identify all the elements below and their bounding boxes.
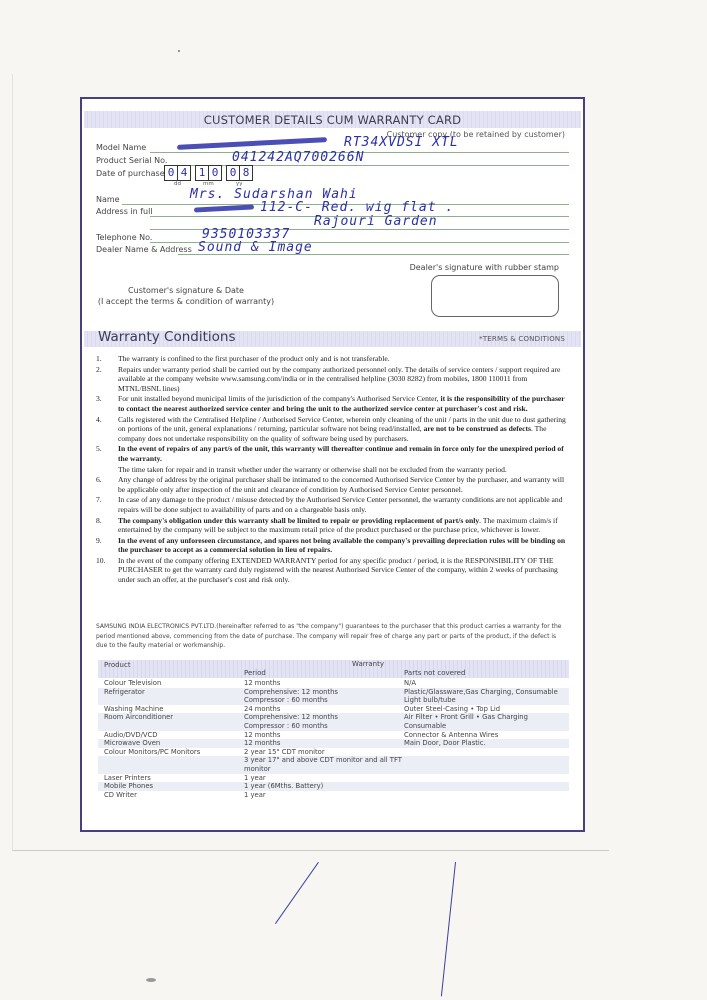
parts-cell <box>404 782 569 791</box>
period-cell: 1 year (6Mths. Battery) <box>244 782 404 791</box>
table-row: Colour Monitors/PC Monitors2 year 15" CD… <box>98 748 569 757</box>
date-digit: 4 <box>177 165 191 181</box>
pen-stroke <box>441 862 456 996</box>
condition-item: The time taken for repair and in transit… <box>96 465 571 475</box>
strikeout-scribble <box>177 137 327 150</box>
product-cell: Mobile Phones <box>98 782 244 791</box>
product-cell: Room Airconditioner <box>98 713 244 730</box>
table-row: Audio/DVD/VCD12 monthsConnector & Antenn… <box>98 731 569 740</box>
telephone-label: Telephone No. <box>96 233 152 242</box>
period-cell: 12 months <box>244 731 404 740</box>
guarantee-text: SAMSUNG INDIA ELECTRONICS PVT.LTD.(herei… <box>96 622 569 651</box>
table-row: CD Writer1 year <box>98 791 569 800</box>
product-cell: Audio/DVD/VCD <box>98 731 244 740</box>
parts-cell <box>404 748 569 757</box>
period-cell: 1 year <box>244 791 404 800</box>
product-cell: Refrigerator <box>98 688 244 705</box>
date-dd-box[interactable]: 04 <box>164 165 191 181</box>
dealer-label: Dealer Name & Address <box>96 245 192 254</box>
dealer-signature-label: Dealer's signature with rubber stamp <box>410 263 559 272</box>
card-title: CUSTOMER DETAILS CUM WARRANTY CARD <box>82 113 583 127</box>
parts-cell: Air Filter • Front Grill • Gas ChargingC… <box>404 713 569 730</box>
warranty-table: Colour Television12 monthsN/ARefrigerato… <box>98 679 569 799</box>
pen-stroke <box>275 862 319 924</box>
period-cell: 2 year 15" CDT monitor <box>244 748 404 757</box>
condition-item: 6.Any change of address by the original … <box>96 475 571 494</box>
table-row: Room AirconditionerComprehensive: 12 mon… <box>98 713 569 730</box>
condition-emphasis: In the event of any unforeseen circumsta… <box>118 536 565 555</box>
condition-item: 3.For unit installed beyond municipal li… <box>96 394 571 413</box>
address-strikeout <box>194 204 254 212</box>
table-row: Colour Television12 monthsN/A <box>98 679 569 688</box>
address-line2-value[interactable]: Rajouri Garden <box>314 214 438 229</box>
parts-cell: N/A <box>404 679 569 688</box>
condition-item: 4.Calls registered with the Centralised … <box>96 415 571 444</box>
address-label: Address in full <box>96 207 153 216</box>
table-row: Mobile Phones1 year (6Mths. Battery) <box>98 782 569 791</box>
conditions-list: 1.The warranty is confined to the first … <box>96 354 571 586</box>
condition-number: 6. <box>96 475 102 485</box>
date-digit: 8 <box>239 165 253 181</box>
product-cell: Colour Monitors/PC Monitors <box>98 748 244 757</box>
period-cell: 12 months <box>244 739 404 748</box>
condition-number: 5. <box>96 444 102 454</box>
header-warranty: Warranty <box>352 660 384 668</box>
customer-accept-note: (I accept the terms & condition of warra… <box>96 296 276 307</box>
period-cell: 12 months <box>244 679 404 688</box>
parts-cell: Outer Steel-Casing • Top Lid <box>404 705 569 714</box>
condition-emphasis: The company's obligation under this warr… <box>118 516 479 525</box>
scan-speck <box>178 50 180 52</box>
product-cell: Laser Printers <box>98 774 244 783</box>
scan-speck <box>146 978 156 982</box>
serial-label: Product Serial No. <box>96 156 167 165</box>
product-cell <box>98 756 244 773</box>
condition-number: 7. <box>96 495 102 505</box>
period-cell: 3 year 17" and above CDT monitor and all… <box>244 756 404 773</box>
customer-signature-label: Customer's signature & Date <box>96 285 276 296</box>
period-cell: 1 year <box>244 774 404 783</box>
date-yy-box[interactable]: 08 <box>226 165 253 181</box>
parts-cell <box>404 756 569 773</box>
parts-cell: Main Door, Door Plastic. <box>404 739 569 748</box>
condition-item: 5.In the event of repairs of any part/s … <box>96 444 571 463</box>
product-cell: Colour Television <box>98 679 244 688</box>
dealer-value[interactable]: Sound & Image <box>198 240 313 255</box>
header-product: Product <box>104 661 131 669</box>
condition-item: 8.The company's obligation under this wa… <box>96 516 571 535</box>
condition-emphasis: it is the responsibility of the purchase… <box>118 394 565 413</box>
parts-cell: Connector & Antenna Wires <box>404 731 569 740</box>
date-digit: 1 <box>195 165 208 181</box>
condition-item: 10.In the event of the company offering … <box>96 556 571 585</box>
condition-item: 2.Repairs under warranty period shall be… <box>96 365 571 394</box>
product-cell: Microwave Oven <box>98 739 244 748</box>
serial-value[interactable]: 041242AQ700266N <box>232 150 364 165</box>
parts-cell <box>404 774 569 783</box>
period-cell: Comprehensive: 12 monthsCompressor : 60 … <box>244 713 404 730</box>
table-row: Microwave Oven12 monthsMain Door, Door P… <box>98 739 569 748</box>
condition-number: 2. <box>96 365 102 375</box>
table-header: Product Warranty Period Parts not covere… <box>98 660 569 678</box>
warranty-heading: Warranty Conditions <box>98 329 235 345</box>
parts-cell: Plastic/Glassware,Gas Charging, Consumab… <box>404 688 569 705</box>
period-cell: 24 months <box>244 705 404 714</box>
warranty-card: CUSTOMER DETAILS CUM WARRANTY CARD Custo… <box>80 97 585 832</box>
dealer-stamp-box[interactable] <box>431 275 559 317</box>
customer-signature-block[interactable]: Customer's signature & Date (I accept th… <box>96 285 276 307</box>
product-cell: CD Writer <box>98 791 244 800</box>
condition-number: 1. <box>96 354 102 364</box>
condition-item: 7.In case of any damage to the product /… <box>96 495 571 514</box>
condition-number: 9. <box>96 536 102 546</box>
condition-number: 3. <box>96 394 102 404</box>
parts-cell <box>404 791 569 800</box>
condition-item: 9.In the event of any unforeseen circums… <box>96 536 571 555</box>
header-period: Period <box>244 669 266 677</box>
model-name-label: Model Name <box>96 143 146 152</box>
date-mm-box[interactable]: 10 <box>195 165 222 181</box>
condition-emphasis: In the event of repairs of any part/s of… <box>118 444 564 463</box>
product-cell: Washing Machine <box>98 705 244 714</box>
model-name-value[interactable]: RT34XVDSI XTL <box>344 135 459 150</box>
terms-note: *TERMS & CONDITIONS <box>479 335 565 343</box>
table-row: RefrigeratorComprehensive: 12 monthsComp… <box>98 688 569 705</box>
header-parts: Parts not covered <box>404 669 465 677</box>
date-digit: 0 <box>208 165 222 181</box>
condition-number: 4. <box>96 415 102 425</box>
table-row: 3 year 17" and above CDT monitor and all… <box>98 756 569 773</box>
condition-item: 1.The warranty is confined to the first … <box>96 354 571 364</box>
date-digit: 0 <box>164 165 177 181</box>
condition-number: 8. <box>96 516 102 526</box>
date-label: Date of purchase <box>96 169 165 178</box>
table-row: Washing Machine24 monthsOuter Steel-Casi… <box>98 705 569 714</box>
date-digit: 0 <box>226 165 239 181</box>
name-label: Name <box>96 195 120 204</box>
condition-emphasis: are not to be construed as defects <box>424 424 531 433</box>
condition-number: 10. <box>96 556 106 566</box>
period-cell: Comprehensive: 12 monthsCompressor : 60 … <box>244 688 404 705</box>
address-line1-value[interactable]: 112-C- Red. wig flat . <box>260 200 454 215</box>
dd-caption: dd <box>174 181 181 187</box>
table-row: Laser Printers1 year <box>98 774 569 783</box>
